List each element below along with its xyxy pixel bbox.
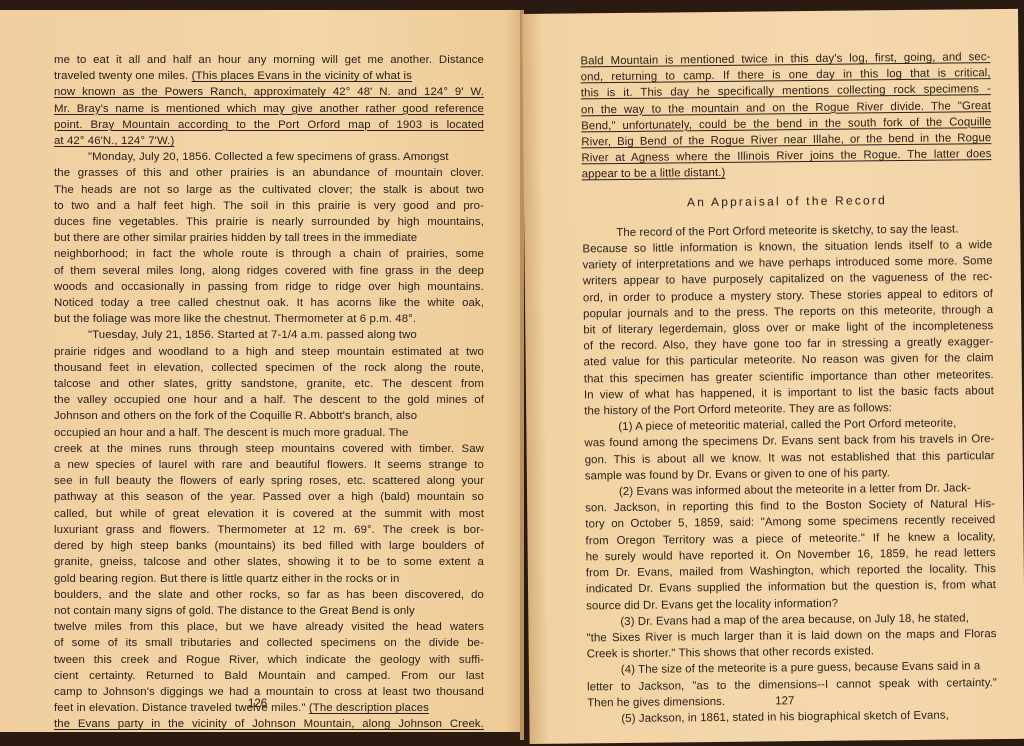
text-fragment: the valley occupied one hour and a half.…	[54, 394, 484, 406]
text-line: talcose and other slates, gritty sandsto…	[54, 376, 484, 392]
text-fragment: source did Dr. Evans get the locality in…	[586, 597, 838, 612]
text-fragment: feet in elevation. Distance traveled twe…	[54, 702, 309, 714]
text-line: a new species of laurel with rare and be…	[54, 457, 484, 473]
text-line: (5) Jackson, in 1861, stated in his biog…	[587, 707, 997, 727]
text-line: boulders, and the slate and other rocks,…	[54, 587, 484, 603]
underlined-annotation: appear to be a little distant.)	[582, 167, 726, 181]
underlined-annotation: now known as the Powers Ranch, approxima…	[54, 86, 484, 98]
page-number-right: 127	[775, 695, 794, 707]
text-line: pathway at this season of the year. Pass…	[54, 489, 484, 505]
underlined-annotation: the Evans party in the vicinity of Johns…	[54, 718, 484, 730]
text-line: Johnson and others on the fork of the Co…	[54, 408, 484, 424]
text-fragment: tory on October 5, 1859, said: "Among so…	[585, 515, 995, 531]
text-fragment: called, but while of great elevation it …	[54, 508, 484, 520]
text-fragment: duces fine vegetables. This prairie is n…	[54, 216, 484, 228]
annotation-block: Bald Mountain is mentioned twice in this…	[580, 49, 991, 183]
underlined-annotation: Mr. Bray's name is mentioned which may g…	[54, 103, 484, 115]
text-line: the valley occupied one hour and a half.…	[54, 392, 484, 408]
text-fragment: dered by high steep banks (mountains) it…	[54, 540, 484, 552]
right-page-text: Bald Mountain is mentioned twice in this…	[580, 49, 997, 727]
text-fragment: camp to Johnson's diggings we had a moun…	[54, 686, 484, 698]
text-line: Mr. Bray's name is mentioned which may g…	[54, 101, 484, 117]
text-fragment: but there are other similar prairies hid…	[54, 232, 417, 244]
text-line: but the foliage was more like the chestn…	[54, 311, 484, 327]
text-line: appear to be a little distant.)	[582, 163, 992, 183]
text-fragment: (3) Dr. Evans had a map of the area beca…	[620, 612, 969, 628]
text-line: twelve miles from this place, but we hav…	[54, 619, 484, 635]
text-fragment: neighborhood; in fact the whole route is…	[54, 248, 484, 260]
text-fragment: boulders, and the slate and other rocks,…	[54, 589, 484, 601]
text-fragment: thousand feet in elevation, collected sp…	[54, 362, 484, 374]
text-fragment: Because so little information is known, …	[582, 239, 992, 255]
text-fragment: "Tuesday, July 21, 1856. Started at 7-1/…	[88, 329, 417, 341]
text-fragment: talcose and other slates, gritty sandsto…	[54, 378, 484, 390]
text-line: duces fine vegetables. This prairie is n…	[54, 214, 484, 230]
text-line: me to eat it all and half an hour any mo…	[54, 52, 484, 68]
page-number-left: 126	[248, 698, 267, 710]
left-page: me to eat it all and half an hour any mo…	[0, 10, 522, 732]
text-fragment: "the Sixes River is much larger than it …	[586, 628, 996, 644]
underlined-annotation: River at Agness where the Illinois River…	[581, 148, 991, 164]
text-line: dered by high steep banks (mountains) it…	[54, 538, 484, 554]
text-line: Noticed today a tree called chestnut oak…	[54, 295, 484, 311]
text-fragment: (5) Jackson, in 1861, stated in his biog…	[621, 709, 949, 724]
text-fragment: of some of its small tributaries and col…	[54, 637, 484, 649]
text-fragment: gold bearing region. But there is little…	[54, 573, 399, 585]
text-fragment: variety of interpretations and we have p…	[583, 255, 993, 271]
underlined-annotation: at 42° 46'N., 124° 7'W.)	[54, 135, 174, 147]
text-fragment: twelve miles from this place, but we hav…	[54, 621, 484, 633]
text-line: occupied an hour and a half. The descent…	[54, 425, 484, 441]
text-line: prairie ridges and woodland to a high an…	[54, 344, 484, 360]
text-fragment: occupied an hour and a half. The descent…	[54, 427, 408, 439]
text-fragment: of them several miles long, along ridges…	[54, 265, 484, 277]
text-fragment: "Monday, July 20, 1856. Collected a few …	[88, 151, 449, 163]
text-fragment: see in full beauty the flowers of early …	[54, 475, 484, 487]
underlined-annotation: (This places Evans in the vicinity of wh…	[192, 70, 412, 82]
text-line: neighborhood; in fact the whole route is…	[54, 246, 484, 262]
section-heading: An Appraisal of the Record	[582, 191, 992, 211]
text-fragment: letter to Jackson, "as to the dimensions…	[587, 677, 997, 693]
underlined-annotation: (The description places	[309, 702, 429, 714]
text-line: The heads are not so large as the cultiv…	[54, 182, 484, 198]
text-fragment: a new species of laurel with rare and be…	[54, 459, 484, 471]
text-fragment: woods and occasionally in passing from r…	[54, 281, 484, 293]
left-page-text: me to eat it all and half an hour any mo…	[54, 52, 484, 733]
text-fragment: (2) Evans was informed about the meteori…	[619, 482, 971, 498]
text-line: not contain many signs of gold. The dist…	[54, 603, 484, 619]
text-line: at 42° 46'N., 124° 7'W.)	[54, 133, 484, 149]
text-fragment: The heads are not so large as the cultiv…	[54, 184, 484, 196]
text-fragment: the history of the Port Orford meteorite…	[584, 402, 892, 417]
text-fragment: granite, gneiss, talcose and other slate…	[54, 556, 484, 568]
text-fragment: luxuriant grass and flowers. Thermometer…	[54, 524, 484, 536]
text-fragment: indicated Dr. Evans supplied the informa…	[586, 579, 996, 595]
text-fragment: ord, in order to produce a mystery story…	[583, 288, 993, 304]
text-fragment: sample was found by Dr. Evans or given t…	[585, 467, 890, 482]
text-fragment: tween this creek and Rogue River, which …	[54, 654, 484, 666]
text-fragment: was found among the specimens Dr. Evans …	[584, 434, 994, 450]
text-fragment: In view of what has happened, it is impo…	[584, 385, 994, 401]
text-fragment: ated value for this particular meteorite…	[584, 353, 994, 369]
text-line: thousand feet in elevation, collected sp…	[54, 360, 484, 376]
text-line: called, but while of great elevation it …	[54, 506, 484, 522]
body-block: The record of the Port Orford meteorite …	[582, 221, 997, 728]
text-line: "Monday, July 20, 1856. Collected a few …	[54, 149, 484, 165]
underlined-annotation: on the way to the mountain and on the Ro…	[581, 100, 991, 116]
text-fragment: writers appear to have purposely capital…	[583, 272, 993, 288]
text-fragment: son. Jackson, in reporting this find to …	[585, 498, 995, 514]
underlined-annotation: this is it. This day he specifically men…	[581, 84, 991, 100]
text-line: tween this creek and Rogue River, which …	[54, 652, 484, 668]
text-line: the grasses of this and other prairies i…	[54, 165, 484, 181]
text-line: now known as the Powers Ranch, approxima…	[54, 84, 484, 100]
text-line: woods and occasionally in passing from r…	[54, 279, 484, 295]
text-line: feet in elevation. Distance traveled twe…	[54, 700, 484, 716]
text-fragment: traveled twenty one miles.	[54, 70, 192, 82]
text-fragment: me to eat it all and half an hour any mo…	[54, 54, 484, 66]
text-fragment: Creek is shorter." This shows that other…	[587, 645, 875, 660]
text-line: cient certainty. Returned to Bald Mounta…	[54, 668, 484, 684]
text-line: the Evans party in the vicinity of Johns…	[54, 716, 484, 732]
text-fragment: creek at the mines runs through steep mo…	[54, 443, 484, 455]
text-fragment: cient certainty. Returned to Bald Mounta…	[54, 670, 484, 682]
text-line: to two and a half feet high. The soil in…	[54, 198, 484, 214]
text-line: but there are other similar prairies hid…	[54, 230, 484, 246]
text-fragment: the grasses of this and other prairies i…	[54, 167, 484, 179]
text-fragment: pathway at this season of the year. Pass…	[54, 491, 484, 503]
underlined-annotation: point. Bray Mountain according to the Po…	[54, 119, 484, 131]
text-line: traveled twenty one miles. (This places …	[54, 68, 484, 84]
text-line: granite, gneiss, talcose and other slate…	[54, 554, 484, 570]
text-line: creek at the mines runs through steep mo…	[54, 441, 484, 457]
text-fragment: but the foliage was more like the chestn…	[54, 313, 416, 325]
text-line: camp to Johnson's diggings we had a moun…	[54, 684, 484, 700]
text-line: see in full beauty the flowers of early …	[54, 473, 484, 489]
text-fragment: (4) The size of the meteorite is a pure …	[621, 661, 981, 677]
text-fragment: gon. This is about all we know. It was n…	[585, 450, 995, 466]
text-line: of them several miles long, along ridges…	[54, 263, 484, 279]
text-fragment: Then he gives dimensions.	[587, 696, 725, 709]
text-fragment: that this specimen has greater scientifi…	[584, 369, 994, 385]
text-fragment: prairie ridges and woodland to a high an…	[54, 346, 484, 358]
text-fragment: not contain many signs of gold. The dist…	[54, 605, 415, 617]
text-line: point. Bray Mountain according to the Po…	[54, 117, 484, 133]
text-line: "Tuesday, July 21, 1856. Started at 7-1/…	[54, 327, 484, 343]
book-spread: me to eat it all and half an hour any mo…	[0, 0, 1024, 746]
text-line: luxuriant grass and flowers. Thermometer…	[54, 522, 484, 538]
text-fragment: Noticed today a tree called chestnut oak…	[54, 297, 484, 309]
text-fragment: The record of the Port Orford meteorite …	[616, 223, 958, 239]
text-fragment: Johnson and others on the fork of the Co…	[54, 410, 417, 422]
text-line: of some of its small tributaries and col…	[54, 635, 484, 651]
text-fragment: from Oregon Territory was a piece of met…	[585, 531, 995, 547]
text-fragment: to two and a half feet high. The soil in…	[54, 200, 484, 212]
text-fragment: (1) A piece of meteoritic material, call…	[618, 418, 956, 434]
right-page: Bald Mountain is mentioned twice in this…	[522, 9, 1024, 744]
text-line: gold bearing region. But there is little…	[54, 571, 484, 587]
